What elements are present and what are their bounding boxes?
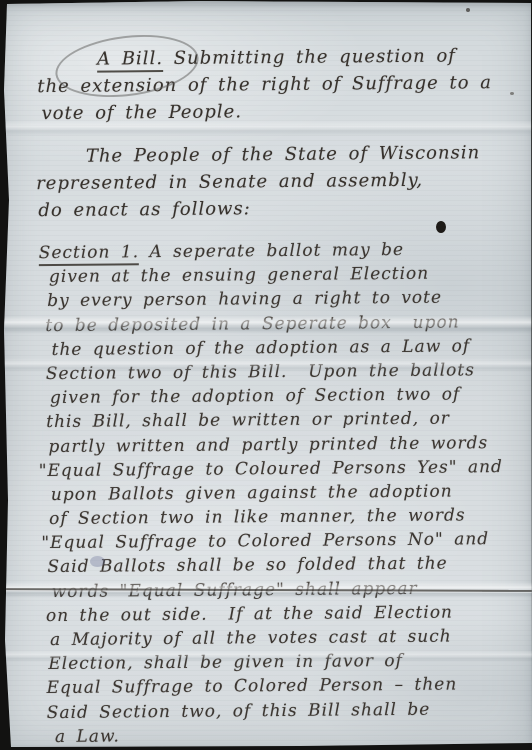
scanned-document: A Bill. Submitting the question of the e… bbox=[0, 0, 532, 750]
enacting-clause-line-2: represented in Senate and assembly, bbox=[36, 166, 522, 197]
manuscript-line: partly written and partly printed the wo… bbox=[48, 430, 524, 458]
manuscript-line: given for the adoption of Section two of bbox=[50, 382, 524, 410]
manuscript-line: "Equal Suffrage to Colored Persons No" a… bbox=[41, 527, 525, 555]
manuscript-line: Equal Suffrage to Colored Person – then bbox=[46, 672, 526, 700]
heading-line-2: the extension of the right of Suffrage t… bbox=[37, 69, 521, 100]
paper-top-edge bbox=[0, 0, 532, 14]
heading-line-1: A Bill. Submitting the question of bbox=[97, 42, 521, 73]
manuscript-text: A Bill. Submitting the question of the e… bbox=[35, 42, 527, 749]
heading-line-3: vote of the People. bbox=[41, 96, 521, 127]
document-page: A Bill. Submitting the question of the e… bbox=[0, 0, 532, 750]
section1-label: Section 1. bbox=[39, 242, 140, 266]
enacting-clause-line-1: The People of the State of Wisconsin bbox=[86, 139, 522, 170]
enacting-clause-line-3: do enact as follows: bbox=[38, 193, 522, 224]
heading-line-1-rest: Submitting the question of bbox=[163, 45, 456, 69]
manuscript-line: a Law. bbox=[55, 721, 527, 749]
section1-line-1-rest: A seperate ballot may be bbox=[139, 240, 404, 262]
bill-title: A Bill. bbox=[97, 48, 163, 73]
